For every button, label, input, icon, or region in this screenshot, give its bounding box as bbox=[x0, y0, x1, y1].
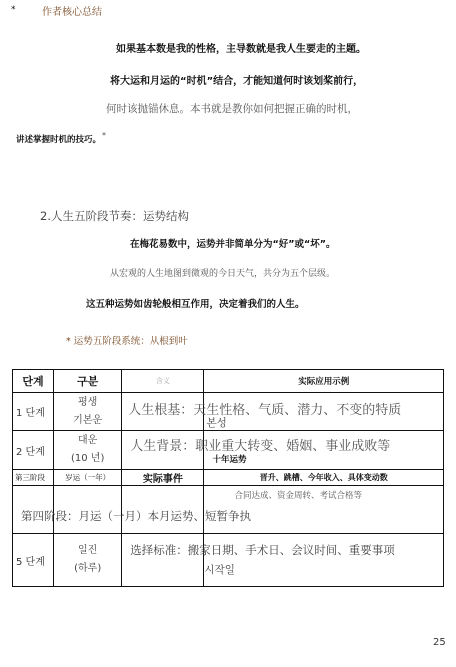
row2-type-line1: 대운 bbox=[54, 432, 121, 450]
row4-meaning-cell bbox=[122, 486, 204, 534]
table-row: 5 단계 일진 (하루) 选择标准：搬家日期、手术日、会议时间、重要事项 시작일 bbox=[13, 534, 444, 587]
header-meaning: 含义 bbox=[122, 370, 204, 393]
row2-stage: 2 단계 bbox=[13, 431, 54, 470]
page-number: 25 bbox=[433, 637, 446, 648]
row2-type: 대운 (10 년) bbox=[54, 431, 122, 470]
row5-type-line1: 일진 bbox=[54, 542, 121, 560]
summary-line-2: 将大运和月运的“时机”结合，才能知道何时该划桨前行， bbox=[110, 72, 363, 87]
section-title: 作者核心总结 bbox=[42, 3, 102, 18]
row3-example: 晋升、跳槽、今年收入、具体变动数 bbox=[204, 470, 444, 486]
row1-meaning-cell: 人生根基：天生性格、气质、潜力、不变的特质 bbox=[122, 393, 204, 431]
header-example: 实际应用示例 bbox=[204, 370, 444, 393]
row5-type-line2: (하루) bbox=[54, 560, 121, 578]
row1-extra: 본성 bbox=[206, 414, 226, 432]
summary-line-3: 何时该抛锚休息。本书就是教你如何把握正确的时机， bbox=[106, 101, 358, 116]
row1-example-cell: 본성 bbox=[204, 393, 444, 431]
section-2-heading: 2.人生五阶段节奏：运势结构 bbox=[40, 208, 189, 224]
table-row: 1 단계 평생 기본운 人生根基：天生性格、气质、潜力、不变的特质 본성 bbox=[13, 393, 444, 431]
table-header-row: 단계 구분 含义 实际应用示例 bbox=[13, 370, 444, 393]
section-2-line-3: 这五种运势如齿轮般相互作用，决定着我们的人生。 bbox=[86, 296, 305, 310]
row2-extra: 十年运势 bbox=[212, 453, 246, 465]
row5-type: 일진 (하루) bbox=[54, 534, 122, 587]
row2-type-line2: (10 년) bbox=[54, 450, 121, 468]
row1-type-line2: 기본운 bbox=[54, 412, 121, 430]
section-2-line-1: 在梅花易数中，运势并非简单分为“好”或“坏”。 bbox=[130, 236, 335, 250]
row4-stage-cell: 第四阶段：月运（一月）本月运势、短暂争执 bbox=[13, 486, 54, 534]
row5-meaning-cell: 选择标准：搬家日期、手术日、会议时间、重要事项 bbox=[122, 534, 204, 587]
row3-meaning: 实际事件 bbox=[122, 470, 204, 486]
table-row: 2 단계 대운 (10 년) 人生背景：职业重大转变、婚姻、事业成败等 十年运势 bbox=[13, 431, 444, 470]
section-2-line-2: 从宏观的人生地图到微观的今日天气，共分为五个层级。 bbox=[110, 266, 335, 279]
row3-stage: 第三阶段 bbox=[13, 470, 54, 486]
header-stage: 단계 bbox=[13, 370, 54, 393]
row2-meaning-cell: 人生背景：职业重大转变、婚姻、事业成败等 bbox=[122, 431, 204, 470]
table-row: 第四阶段：月运（一月）本月运势、短暂争执 合同达成、资金周转、考试合格等 bbox=[13, 486, 444, 534]
bullet-star-icon: * bbox=[11, 5, 16, 15]
row1-stage: 1 단계 bbox=[13, 393, 54, 431]
row4-example: 合同达成、资金周转、考试合格等 bbox=[234, 489, 362, 501]
row2-example-cell: 十年运势 bbox=[204, 431, 444, 470]
summary-mark: * bbox=[102, 131, 106, 140]
table-row: 第三阶段 岁运（一年） 实际事件 晋升、跳槽、今年收入、具体变动数 bbox=[13, 470, 444, 486]
row3-type: 岁运（一年） bbox=[54, 470, 122, 486]
table-subheading: * 运势五阶段系统：从根到叶 bbox=[66, 333, 188, 347]
row5-example-cell: 시작일 bbox=[204, 534, 444, 587]
row4-type-cell bbox=[54, 486, 122, 534]
row1-type-line1: 평생 bbox=[54, 394, 121, 412]
fortune-stages-table: 단계 구분 含义 实际应用示例 1 단계 평생 기본운 人生根基：天生性格、气质… bbox=[12, 369, 444, 587]
row4-example-cell: 合同达成、资金周转、考试合格等 bbox=[204, 486, 444, 534]
row1-type: 평생 기본운 bbox=[54, 393, 122, 431]
row5-extra: 시작일 bbox=[204, 561, 234, 579]
summary-line-1: 如果基本数是我的性格，主导数就是我人生要走的主题。 bbox=[116, 40, 366, 55]
row5-stage: 5 단계 bbox=[13, 534, 54, 587]
header-type: 구분 bbox=[54, 370, 122, 393]
summary-line-4: 讲述掌握时机的技巧。 bbox=[16, 133, 101, 145]
